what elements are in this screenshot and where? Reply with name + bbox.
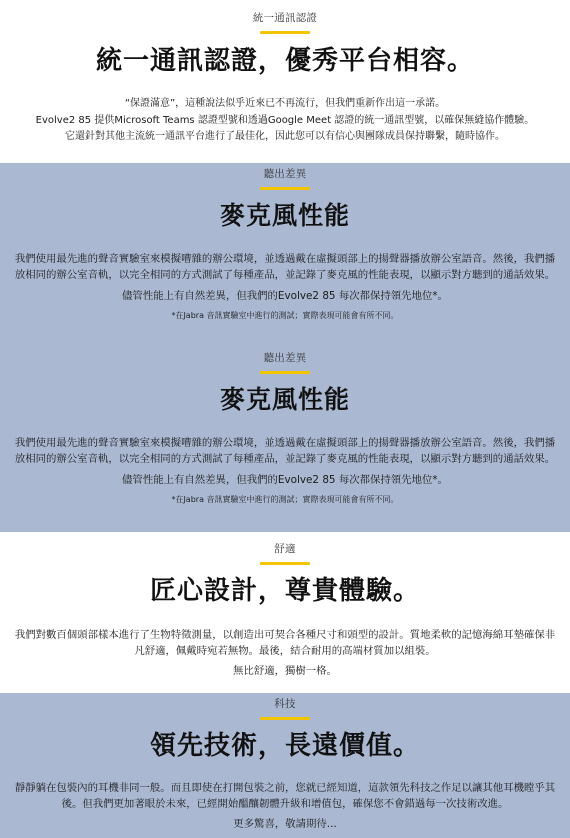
section-headline: 匠心設計，尊貴體驗。	[0, 574, 570, 608]
section-eyebrow: 聽出差異	[0, 167, 570, 181]
technology-section: 科技 領先技術，長遠價值。 靜靜躺在包裝內的耳機非同一般。而且即使在打開包裝之前…	[0, 693, 570, 838]
accent-divider	[260, 187, 310, 190]
section-headline: 麥克風性能	[0, 384, 570, 416]
mic-performance-section-duplicate: 聽出差異 麥克風性能 我們使用最先進的聲音實驗室來模擬嘈雜的辦公環境，並透過戴在…	[0, 344, 570, 532]
section-body: “保證滿意”，這種說法似乎近來已不再流行，但我們重新作出這一承諾。 Evolve…	[0, 96, 570, 146]
body-paragraph: 儘管性能上有自然差異，但我們的Evolve2 85 每次都保持領先地位*。	[14, 472, 556, 488]
accent-divider	[260, 562, 310, 565]
section-headline: 統一通訊認證，優秀平台相容。	[0, 44, 570, 78]
section-eyebrow: 舒適	[0, 542, 570, 556]
body-paragraph: 更多驚喜，敬請期待...	[8, 816, 562, 832]
mic-performance-section: 聽出差異 麥克風性能 我們使用最先進的聲音實驗室來模擬嘈雜的辦公環境，並透過戴在…	[0, 163, 570, 344]
section-headline: 領先技術，長遠價值。	[0, 729, 570, 763]
section-body: 我們使用最先進的聲音實驗室來模擬嘈雜的辦公環境，並透過戴在虛擬頭部上的揚聲器播放…	[0, 251, 570, 322]
body-paragraph: 我們使用最先進的聲音實驗室來模擬嘈雜的辦公環境，並透過戴在虛擬頭部上的揚聲器播放…	[14, 251, 556, 283]
body-paragraph: 我們使用最先進的聲音實驗室來模擬嘈雜的辦公環境，並透過戴在虛擬頭部上的揚聲器播放…	[14, 435, 556, 467]
body-paragraph: 靜靜躺在包裝內的耳機非同一般。而且即使在打開包裝之前，您就已經知道，這款領先科技…	[8, 780, 562, 812]
uc-certification-section: 統一通訊認證 統一通訊認證，優秀平台相容。 “保證滿意”，這種說法似乎近來已不再…	[0, 0, 570, 163]
footnote: *在Jabra 音訊實驗室中進行的測試；實際表現可能會有所不同。	[14, 494, 556, 506]
accent-divider	[260, 371, 310, 374]
comfort-section: 舒適 匠心設計，尊貴體驗。 我們對數百個頭部樣本進行了生物特徵測量，以創造出可契…	[0, 532, 570, 693]
section-eyebrow: 科技	[0, 697, 570, 711]
body-paragraph: “保證滿意”，這種說法似乎近來已不再流行，但我們重新作出這一承諾。	[0, 96, 570, 113]
section-body: 靜靜躺在包裝內的耳機非同一般。而且即使在打開包裝之前，您就已經知道，這款領先科技…	[0, 780, 570, 832]
body-paragraph: Evolve2 85 提供Microsoft Teams 認證型號和透過Goog…	[0, 113, 570, 130]
section-headline: 麥克風性能	[0, 200, 570, 232]
body-paragraph: 無比舒適，獨樹一格。	[14, 663, 556, 679]
accent-divider	[260, 31, 310, 34]
section-body: 我們使用最先進的聲音實驗室來模擬嘈雜的辦公環境，並透過戴在虛擬頭部上的揚聲器播放…	[0, 435, 570, 506]
accent-divider	[260, 717, 310, 720]
body-paragraph: 儘管性能上有自然差異，但我們的Evolve2 85 每次都保持領先地位*。	[14, 288, 556, 304]
section-eyebrow: 統一通訊認證	[0, 11, 570, 25]
footnote: *在Jabra 音訊實驗室中進行的測試；實際表現可能會有所不同。	[14, 310, 556, 322]
section-body: 我們對數百個頭部樣本進行了生物特徵測量，以創造出可契合各種尺寸和頭型的設計。質地…	[0, 627, 570, 679]
body-paragraph: 它還針對其他主流統一通訊平台進行了最佳化，因此您可以有信心與團隊成員保持聯繫，隨…	[0, 129, 570, 146]
section-eyebrow: 聽出差異	[0, 351, 570, 365]
body-paragraph: 我們對數百個頭部樣本進行了生物特徵測量，以創造出可契合各種尺寸和頭型的設計。質地…	[14, 627, 556, 659]
